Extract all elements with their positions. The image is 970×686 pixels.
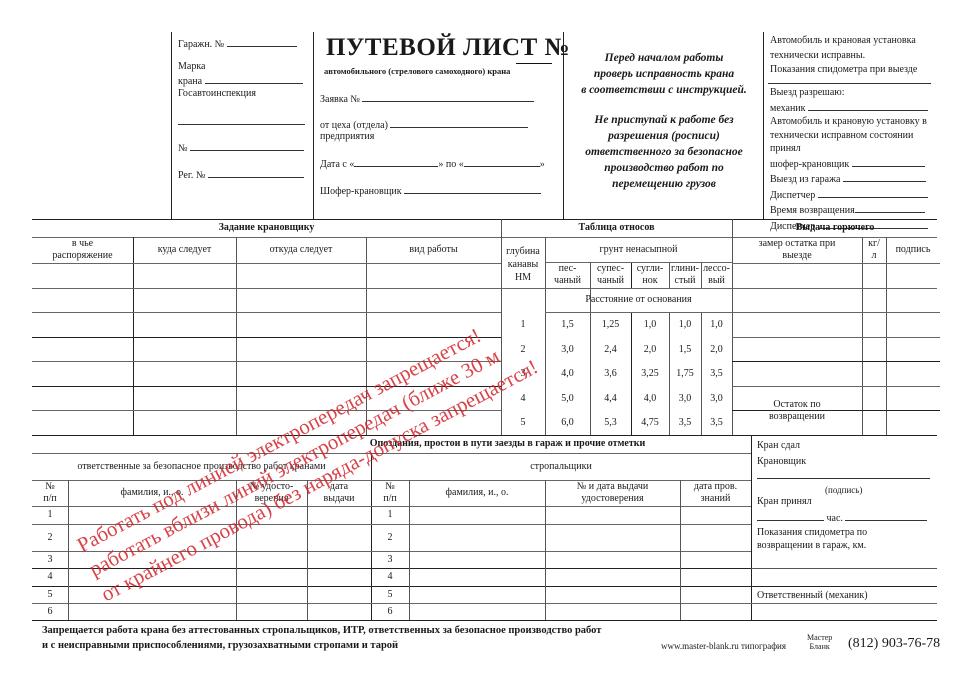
soil-type: супес-чаный (590, 262, 631, 288)
dispatcher1-field[interactable]: Диспетчер (770, 187, 928, 203)
soil-type: лессо-вый (701, 262, 732, 288)
soil-type: сугли-нок (631, 262, 669, 288)
slope-value: 4,4 (590, 386, 631, 411)
col-origin: откуда следует (236, 237, 366, 263)
slope-value: 3,25 (631, 361, 669, 386)
slope-value: 3,0 (669, 386, 701, 411)
sling-row-number: 3 (371, 551, 409, 568)
divider (751, 603, 937, 604)
col-sling-name: фамилия, и., о. (409, 480, 545, 506)
col-whose-order: в чье распоряжение (32, 237, 133, 263)
exit-allowed-label: Выезд разрешаю: (770, 86, 928, 100)
page-subtitle: автомобильного (стрелового самоходного) … (324, 65, 510, 78)
slope-value: 3,0 (701, 386, 732, 411)
publisher-phone: (812) 903-76-78 (848, 636, 940, 652)
slope-value: 1,0 (669, 312, 701, 337)
sling-row-number: 6 (371, 603, 409, 620)
divider (732, 312, 940, 313)
crane-accepted-label: Кран принял (757, 495, 812, 508)
request-no-field[interactable]: Заявка № (320, 91, 534, 106)
slope-value: 1,25 (590, 312, 631, 337)
publisher-brand: Мастер Бланк (807, 633, 832, 651)
sling-row-number: 4 (371, 568, 409, 586)
mechanic-field[interactable]: механик (770, 100, 928, 116)
slope-value: 1,75 (669, 361, 701, 386)
driver-label: Шофер-крановщик (320, 186, 402, 197)
signature-caption: (подпись) (825, 484, 862, 497)
date-to-label: » по « (438, 159, 463, 170)
divider (133, 237, 134, 435)
gai-field[interactable] (178, 124, 305, 125)
slope-depth: 1 (501, 312, 545, 337)
col-sling-no: № п/п (371, 480, 409, 506)
date-range-field[interactable]: Дата с «» по «» (320, 156, 545, 171)
slope-value: 1,0 (631, 312, 669, 337)
slope-value: 3,6 (590, 361, 631, 386)
footer-warning: Запрещается работа крана без аттестованн… (42, 623, 601, 653)
speedometer-return-label: Показания спидометра по возвращении в га… (757, 526, 867, 552)
slope-value: 4,75 (631, 410, 669, 435)
request-no-label: Заявка № (320, 94, 360, 105)
slope-value: 2,0 (701, 337, 732, 362)
slope-value: 3,0 (545, 337, 590, 362)
sling-row-number: 1 (371, 506, 409, 524)
divider (32, 312, 501, 313)
resp-row-number: 2 (32, 524, 68, 551)
divider (886, 237, 887, 435)
divider (763, 32, 764, 219)
driver-sign-field[interactable]: шофер-крановщик (770, 156, 928, 172)
divider (236, 237, 237, 435)
publisher-site: www.master-blank.ru типография (661, 640, 786, 653)
handover-block: Кран сдал Крановщик (757, 438, 806, 470)
garage-no-label: Гаражн. № (178, 39, 224, 50)
slope-value: 2,0 (631, 337, 669, 362)
slopes-title: Таблица относов (501, 219, 732, 237)
enterprise-label: предприятия (320, 130, 374, 143)
driver-field[interactable]: Шофер-крановщик (320, 183, 541, 198)
divider (32, 288, 501, 289)
vehicle-ok-text: Автомобиль и крановая установка техничес… (770, 34, 917, 78)
divider (732, 263, 940, 264)
col-fuel-unit: кг/ л (862, 237, 886, 263)
divider (751, 568, 937, 569)
slope-value: 3,5 (701, 410, 732, 435)
col-sling-exam: дата пров. знаний (680, 480, 751, 506)
divider (732, 337, 940, 338)
sling-row-number: 5 (371, 586, 409, 603)
crane-brand-field[interactable]: крана (178, 73, 303, 88)
soil-type: глини-стый (669, 262, 701, 288)
divider (732, 361, 940, 362)
soil-type: пес-чаный (545, 262, 590, 288)
slope-value: 2,4 (590, 337, 631, 362)
date-from-label: Дата с « (320, 159, 354, 170)
garage-no-field[interactable]: Гаражн. № (178, 36, 297, 51)
speedometer-exit-field[interactable] (768, 83, 931, 84)
col-depth: глубина канавы НМ (501, 240, 545, 288)
no-label: № (178, 143, 188, 154)
gai-label: Госавтоинспекция (178, 87, 256, 100)
no-field[interactable]: № (178, 140, 304, 155)
slope-depth: 5 (501, 410, 545, 435)
garage-exit-field[interactable]: Выезд из гаража (770, 171, 928, 187)
crane-operator-label: Крановщик (757, 454, 806, 470)
divider (171, 32, 172, 219)
divider (32, 263, 501, 264)
task-title: Задание крановщику (32, 219, 501, 237)
divider (862, 237, 863, 435)
col-destination: куда следует (133, 237, 236, 263)
distance-header: Расстояние от основания (545, 288, 732, 312)
responsible-mechanic-label: Ответственный (механик) (757, 589, 868, 602)
sling-row-number: 2 (371, 524, 409, 551)
title-number-underline (516, 63, 552, 64)
slingers-title: стропальщики (371, 453, 751, 480)
safety-notice: Перед началом работы проверь исправность… (565, 50, 763, 192)
exit-approval-block: Выезд разрешаю: механик Автомобиль и кра… (770, 86, 928, 233)
slope-value: 6,0 (545, 410, 590, 435)
accepted-time-field[interactable]: час. (757, 510, 927, 525)
crane-handed-label: Кран сдал (757, 438, 806, 454)
reg-no-label: Рег. № (178, 170, 205, 181)
fuel-title: Выдача горючего (732, 219, 938, 237)
date-end-label: » (540, 159, 545, 170)
col-resp-no: № п/п (32, 480, 68, 506)
brand-label: Марка (178, 60, 205, 73)
col-sling-cert: № и дата выдачи удостоверения (545, 480, 680, 506)
slope-value: 4,0 (545, 361, 590, 386)
slope-value: 3,5 (701, 361, 732, 386)
resp-row-number: 5 (32, 586, 68, 603)
resp-row-number: 3 (32, 551, 68, 568)
col-fuel-signature: подпись (886, 237, 940, 263)
resp-row-number: 1 (32, 506, 68, 524)
col-soil: грунт ненасыпной (545, 237, 732, 262)
fuel-remainder: Остаток по возвращении (732, 386, 862, 435)
page-title: ПУТЕВОЙ ЛИСТ № (326, 34, 570, 62)
hours-label: час. (827, 513, 843, 524)
crane-label: крана (178, 76, 202, 87)
col-fuel-exit: замер остатка при выезде (732, 237, 862, 263)
slope-value: 5,0 (545, 386, 590, 411)
slope-value: 1,5 (669, 337, 701, 362)
slope-value: 4,0 (631, 386, 669, 411)
resp-row-number: 6 (32, 603, 68, 620)
col-work-type: вид работы (366, 237, 501, 263)
divider (751, 435, 752, 620)
divider (32, 620, 937, 621)
resp-row-number: 4 (32, 568, 68, 586)
slope-value: 3,5 (669, 410, 701, 435)
divider (32, 337, 501, 338)
slope-value: 1,0 (701, 312, 732, 337)
slope-value: 1,5 (545, 312, 590, 337)
return-time-field[interactable]: Время возвращения (770, 202, 928, 218)
divider (313, 32, 314, 219)
divider (751, 586, 937, 587)
operator-signature-field[interactable] (757, 478, 930, 479)
slope-value: 5,3 (590, 410, 631, 435)
reg-no-field[interactable]: Рег. № (178, 167, 304, 182)
